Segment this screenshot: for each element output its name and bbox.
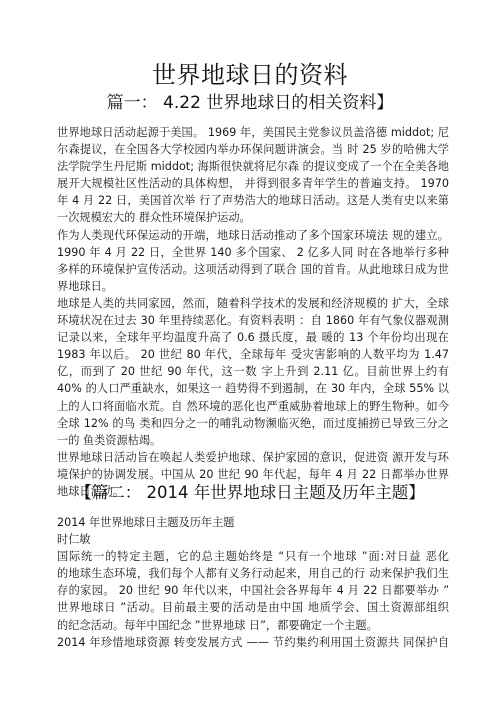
text-line: 1990 年 4 月 22 日，全世界 140 多个国家、 2 亿多人同 时在各…: [57, 244, 449, 261]
text-line: 境保护的协调发展。中国从 20 世纪 90 年代起，每年 4 月 22 日都举办…: [57, 466, 449, 483]
text-line: 多样的环境保护宣传活动。这项活动得到了联合 国的首肯。从此地球日成为世: [57, 261, 449, 278]
text-line: 作为人类现代环保运动的开端，地球日活动推动了多个国家环境法 规的建立。: [57, 227, 449, 244]
text-line: 2014 年世界地球日主题及历年主题: [57, 514, 449, 531]
text-line: 2014 年珍惜地球资源 转变发展方式 —— 节约集约利用国土资源共 同保护自: [57, 634, 449, 651]
text-line: 世界地球日 ”活动。目前最主要的活动是由中国 地质学会、国土资源部组织: [57, 599, 449, 616]
text-line: 40% 的人口严重缺水，如果这一 趋势得不到遏制，在 30 年内，全球 55% …: [57, 380, 449, 397]
text-line: 尔森提议，在全国各大学校园内举办环保问题讲演会。当 时 25 岁的哈佛大学: [57, 141, 449, 158]
text-line: 法学院学生丹尼斯 middot; 海斯很快就将尼尔森 的提议变成了一个在全美各地: [57, 158, 449, 175]
text-line: 记录以来，全球年平均温度升高了 0.6 摄氏度，最 暖的 13 个年份均出现在: [57, 329, 449, 346]
text-line: 1983 年以后。 20 世纪 80 年代，全球每年 受灾害影响的人数平均为 1…: [57, 346, 449, 363]
text-line: 全球 12% 的鸟 类和四分之一的哺乳动物濒临灭绝，而过度捕捞已导致三分之: [57, 415, 449, 432]
section2-heading: 【篇二： 2014 年世界地球日主题及历年主题】: [0, 482, 500, 504]
text-line: 一次规模宏大的 群众性环境保护运动。: [57, 209, 449, 226]
section2-body: 2014 年世界地球日主题及历年主题 时仁敏 国际统一的特定主题，它的总主题始终…: [57, 514, 449, 651]
text-line: 地球是人类的共同家园，然而，随着科学技术的发展和经济规模的 扩大，全球: [57, 295, 449, 312]
text-line: 展开大规模社区性活动的具体构想， 并得到很多青年学生的普遍支持。 1970: [57, 175, 449, 192]
text-line: 一的 鱼类资源枯竭。: [57, 432, 449, 449]
text-line: 界地球日。: [57, 278, 449, 295]
section1-body: 世界地球日活动起源于美国。 1969 年，美国民主党参议员盖洛德 middot;…: [57, 124, 449, 500]
text-line: 年 4 月 22 日，美国首次举 行了声势浩大的地球日活动。这是人类有史以来第: [57, 192, 449, 209]
text-line: 时仁敏: [57, 531, 449, 548]
text-line: 环境状况在过去 30 年里持续恶化。有资料表明 ：自 1860 年有气象仪器观测: [57, 312, 449, 329]
section1-heading: 篇一： 4.22 世界地球日的相关资料】: [0, 92, 500, 114]
text-line: 国际统一的特定主题，它的总主题始终是 “只有一个地球 ”面:对日益 恶化: [57, 548, 449, 565]
text-line: 上的人口将面临水荒。自 然环境的恶化也严重威胁着地球上的野生物种。如今: [57, 398, 449, 415]
text-line: 亿，而到了 20 世纪 90 年代，这一数 字上升到 2.11 亿。目前世界上约…: [57, 363, 449, 380]
text-line: 世界地球日活动起源于美国。 1969 年，美国民主党参议员盖洛德 middot;…: [57, 124, 449, 141]
text-line: 存的家园。 20 世纪 90 年代以来，中国社会各界每年 4 月 22 日都要举…: [57, 582, 449, 599]
text-line: 的纪念活动。每年中国纪念 ”世界地球 日”，都要确定一个主题。: [57, 617, 449, 634]
document-page: 世界地球日的资料 篇一： 4.22 世界地球日的相关资料】 世界地球日活动起源于…: [0, 0, 500, 708]
document-title: 世界地球日的资料: [0, 60, 500, 90]
text-line: 的地球生态环境，我们每个人都有义务行动起来，用自己的行 动来保护我们生: [57, 565, 449, 582]
text-line: 世界地球日活动旨在唤起人类爱护地球、保护家园的意识，促进资 源开发与环: [57, 449, 449, 466]
